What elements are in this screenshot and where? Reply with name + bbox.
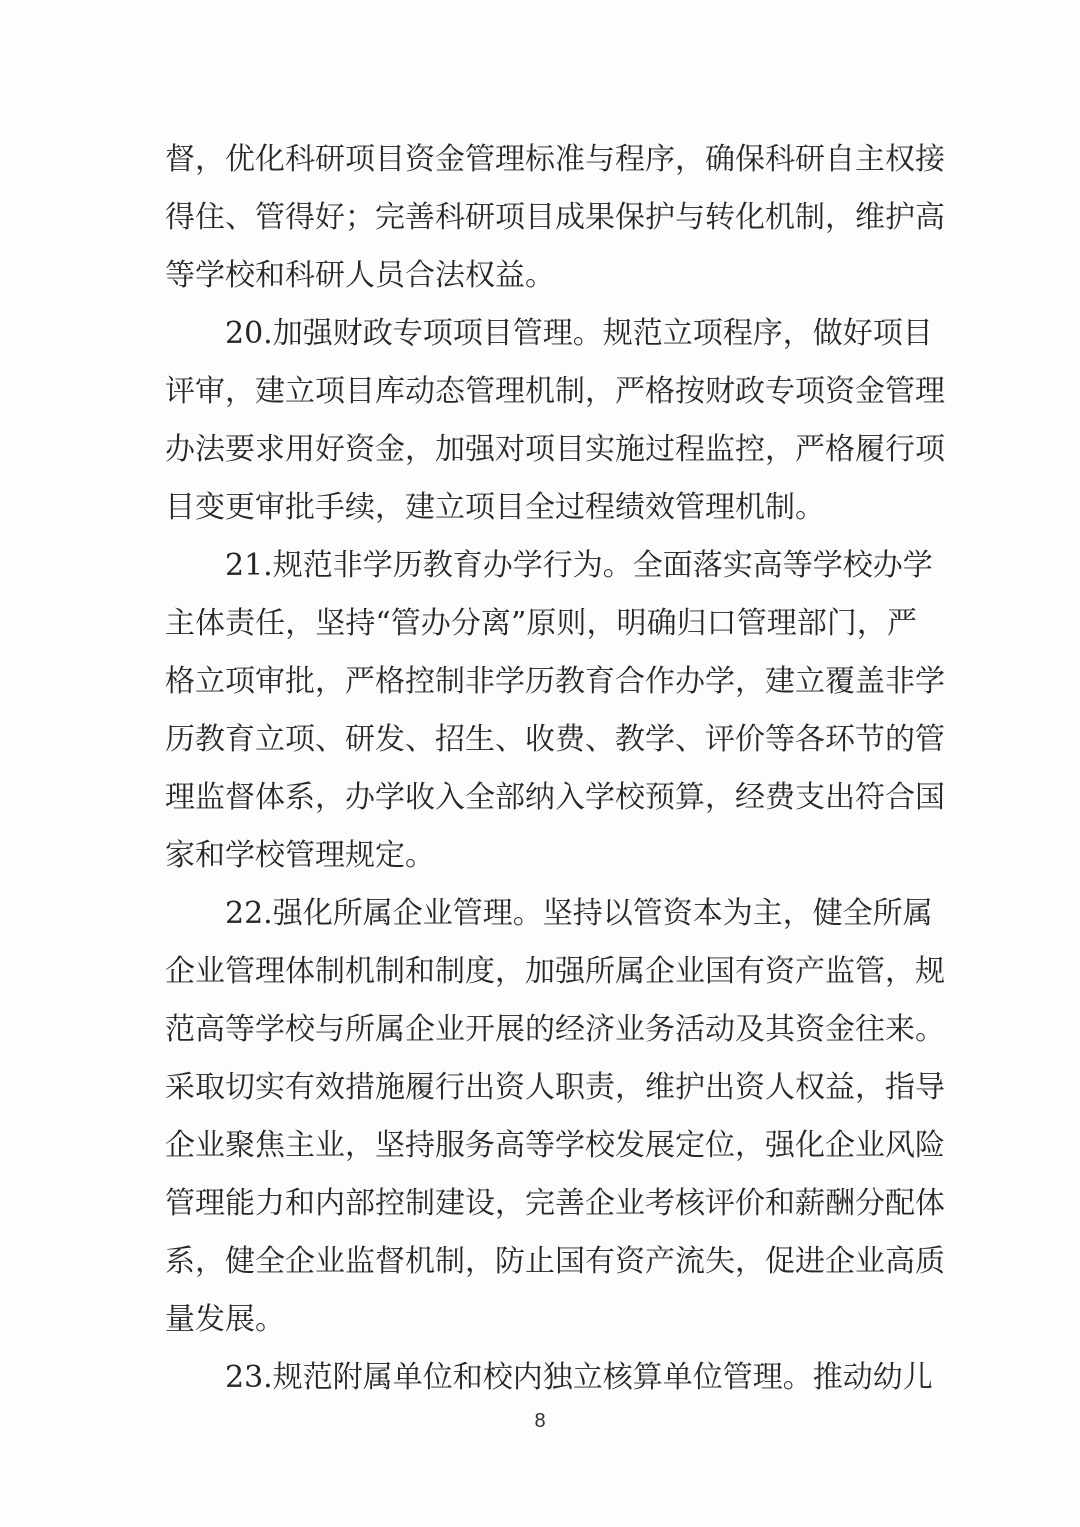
text-line: 办法要求用好资金，加强对项目实施过程监控，严格履行项 [165,428,917,472]
text-line: 企业聚焦主业，坚持服务高等学校发展定位，强化企业风险 [165,1124,917,1168]
item-21-heading-line: 21.规范非学历教育办学行为。全面落实高等学校办学 [225,544,917,588]
item-22-heading-line: 22.强化所属企业管理。坚持以管资本为主，健全所属 [225,892,917,936]
text-line: 家和学校管理规定。 [165,834,917,878]
text-line: 等学校和科研人员合法权益。 [165,254,917,298]
text-line: 系，健全企业监督机制，防止国有资产流失，促进企业高质 [165,1240,917,1284]
text-line: 企业管理体制机制和制度，加强所属企业国有资产监管，规 [165,950,917,994]
text-line: 评审，建立项目库动态管理机制，严格按财政专项资金管理 [165,370,917,414]
item-23-heading-line: 23.规范附属单位和校内独立核算单位管理。推动幼儿 [225,1356,917,1400]
text-line: 督，优化科研项目资金管理标准与程序，确保科研自主权接 [165,138,917,182]
text-line: 理监督体系，办学收入全部纳入学校预算，经费支出符合国 [165,776,917,820]
text-line: 量发展。 [165,1298,917,1342]
text-line: 范高等学校与所属企业开展的经济业务活动及其资金往来。 [165,1008,917,1052]
page-number: 8 [0,1410,1080,1433]
text-line: 主体责任，坚持“管办分离”原则，明确归口管理部门，严 [165,602,917,646]
text-line: 采取切实有效措施履行出资人职责，维护出资人权益，指导 [165,1066,917,1110]
item-20-heading-line: 20.加强财政专项项目管理。规范立项程序，做好项目 [225,312,917,356]
text-line: 得住、管得好；完善科研项目成果保护与转化机制，维护高 [165,196,917,240]
text-line: 管理能力和内部控制建设，完善企业考核评价和薪酬分配体 [165,1182,917,1226]
text-line: 格立项审批，严格控制非学历教育合作办学，建立覆盖非学 [165,660,917,704]
text-line: 历教育立项、研发、招生、收费、教学、评价等各环节的管 [165,718,917,762]
text-line: 目变更审批手续，建立项目全过程绩效管理机制。 [165,486,917,530]
document-page: 督，优化科研项目资金管理标准与程序，确保科研自主权接 得住、管得好；完善科研项目… [0,0,1080,1527]
